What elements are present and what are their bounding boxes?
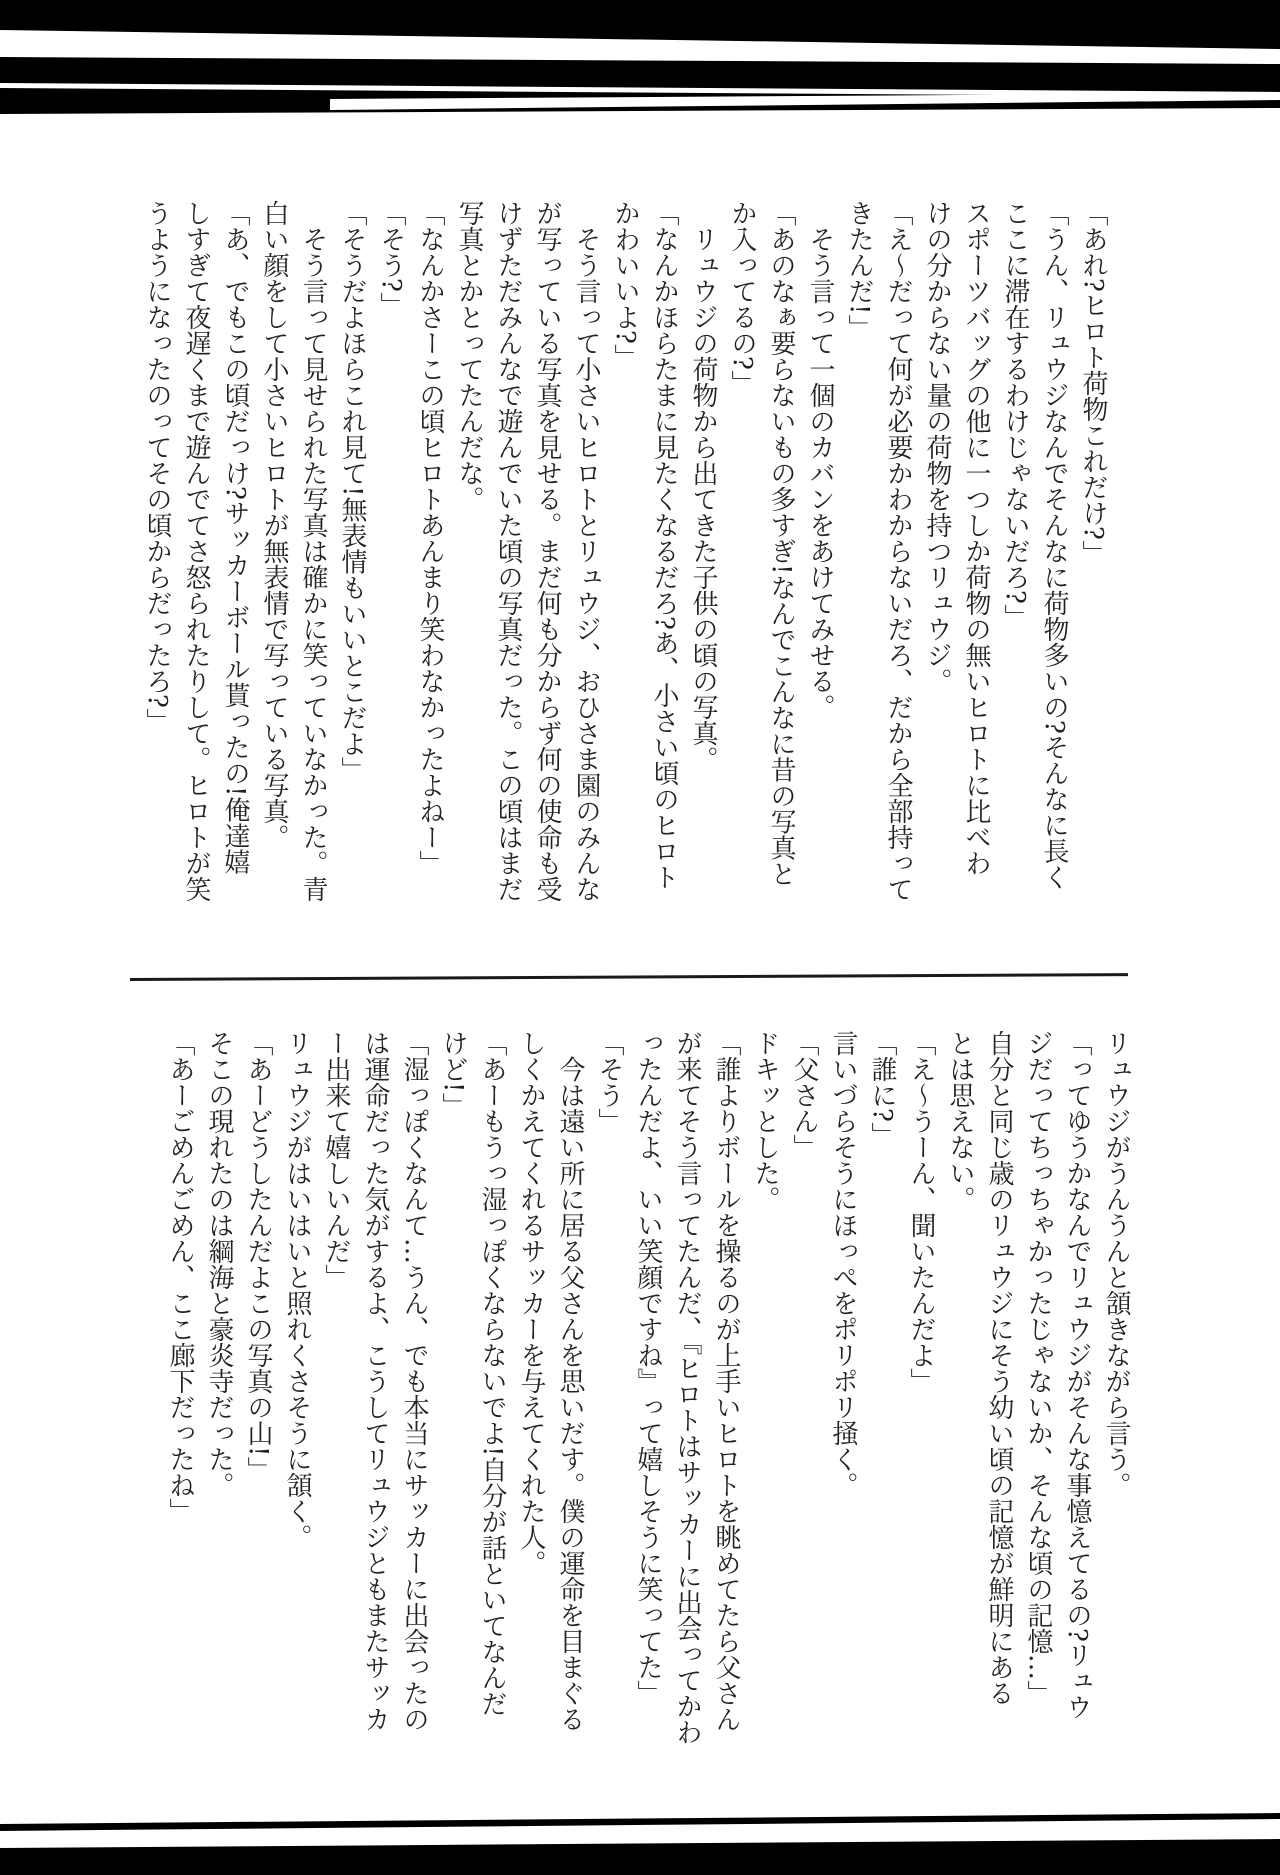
text-column: そう言って一個のカバンをあけてみせる。 — [800, 200, 839, 958]
text-column: 「あのなぁ要らないもの多すぎ!なんでこんなに昔の写真と — [761, 200, 800, 958]
text-column: しすぎて夜遅くまで遊んでてさ怒られたりして。ヒロトが笑 — [176, 200, 215, 958]
section-divider — [130, 973, 1128, 981]
text-column: 写真とかとってたんだな。 — [449, 200, 488, 958]
text-column: 「誰に?」 — [862, 1030, 901, 1788]
text-column: ドキッとした。 — [745, 1030, 784, 1788]
text-column: 「あれ?ヒロト荷物これだけ?」 — [1073, 200, 1112, 958]
text-column: 「そうだよほらこれ見て!無表情もいいとこだよ」 — [332, 200, 371, 958]
text-column: 「うん、リュウジなんでそんなに荷物多いの?そんなに長く — [1034, 200, 1073, 958]
text-column: きたんだ!」 — [839, 200, 878, 958]
text-column: ここに滞在するわけじゃないだろ?」 — [995, 200, 1034, 958]
text-column: 「そう?」 — [371, 200, 410, 958]
top-stripe-decoration — [0, 0, 1280, 115]
text-column: 「ってゆうかなんでリュウジがそんな事憶えてるの?リュウ — [1057, 1030, 1096, 1788]
text-column: 「え〜だって何が必要かわからないだろ、だから全部持って — [878, 200, 917, 958]
text-column: 白い顔をして小さいヒロトが無表情で写っている写真。 — [254, 200, 293, 958]
text-column: かわいいよ?」 — [605, 200, 644, 958]
text-column: は運命だった気がするよ、こうしてリュウジともまたサッカ — [355, 1030, 394, 1788]
text-column: しくかえてくれるサッカーを与えてくれた人。 — [511, 1030, 550, 1788]
text-column: 「父さん」 — [784, 1030, 823, 1788]
text-column: そこの現れたのは綱海と豪炎寺だった。 — [199, 1030, 238, 1788]
text-block-bottom: リュウジがうんうんと頷きながら言う。「ってゆうかなんでリュウジがそんな事憶えてる… — [160, 1030, 1135, 1788]
text-column: 「あ、でもこの頃だっけ?サッカーボール貰ったの!俺達嬉 — [215, 200, 254, 958]
text-column: リュウジの荷物から出てきた子供の頃の写真。 — [683, 200, 722, 958]
text-column: けの分からない量の荷物を持つリュウジ。 — [917, 200, 956, 958]
text-column: そう言って見せられた写真は確かに笑っていなかった。青 — [293, 200, 332, 958]
text-column: 自分と同じ歳のリュウジにそう幼い頃の記憶が鮮明にある — [979, 1030, 1018, 1788]
text-column: 「なんかほらたまに見たくなるだろ?あ、小さい頃のヒロト — [644, 200, 683, 958]
text-column: 「そう」 — [589, 1030, 628, 1788]
text-column: けずただみんなで遊んでいた頃の写真だった。この頃はまだ — [488, 200, 527, 958]
text-column: が写っている写真を見せる。まだ何も分からず何の使命も受 — [527, 200, 566, 958]
text-column: 「あーもうっ湿っぽくならないでよ!自分が話といてなんだ — [472, 1030, 511, 1788]
text-column: か入ってるの?」 — [722, 200, 761, 958]
text-column: 今は遠い所に居る父さんを思いだす。僕の運命を目まぐる — [550, 1030, 589, 1788]
scanned-page: 「あれ?ヒロト荷物これだけ?」「うん、リュウジなんでそんなに荷物多いの?そんなに… — [0, 0, 1280, 1875]
text-block-top: 「あれ?ヒロト荷物これだけ?」「うん、リュウジなんでそんなに荷物多いの?そんなに… — [137, 200, 1112, 958]
text-column: 「あーどうしたんだよこの写真の山!」 — [238, 1030, 277, 1788]
text-column: 言いづらそうにほっぺをポリポリ掻く。 — [823, 1030, 862, 1788]
text-column: が来てそう言ってたんだ、『ヒロトはサッカーに出会ってかわ — [667, 1030, 706, 1788]
text-column: 「え〜うーん、聞いたんだよ」 — [901, 1030, 940, 1788]
text-column: 「あーごめんごめん、ここ廊下だったね」 — [160, 1030, 199, 1788]
text-column: そう言って小さいヒロトとリュウジ、おひさま園のみんな — [566, 200, 605, 958]
text-column: ジだってちっちゃかったじゃないか、そんな頃の記憶…」 — [1018, 1030, 1057, 1788]
text-column: 「誰よりボールを操るのが上手いヒロトを眺めてたら父さん — [706, 1030, 745, 1788]
text-column: リュウジがうんうんと頷きながら言う。 — [1096, 1030, 1135, 1788]
text-column: けど!」 — [433, 1030, 472, 1788]
text-column: リュウジがはいはいと照れくさそうに頷く。 — [277, 1030, 316, 1788]
text-column: とは思えない。 — [940, 1030, 979, 1788]
text-column: スポーツバッグの他に一つしか荷物の無いヒロトに比べわ — [956, 200, 995, 958]
text-column: 「湿っぽくなんて…うん、でも本当にサッカーに出会ったの — [394, 1030, 433, 1788]
bottom-stripe-decoration — [0, 1810, 1280, 1875]
text-column: 「なんかさーこの頃ヒロトあんまり笑わなかったよねー」 — [410, 200, 449, 958]
text-column: ー出来て嬉しいんだ」 — [316, 1030, 355, 1788]
text-column: うようになったのってその頃からだったろ?」 — [137, 200, 176, 958]
text-column: ったんだよ、いい笑顔ですね』って嬉しそうに笑ってた」 — [628, 1030, 667, 1788]
